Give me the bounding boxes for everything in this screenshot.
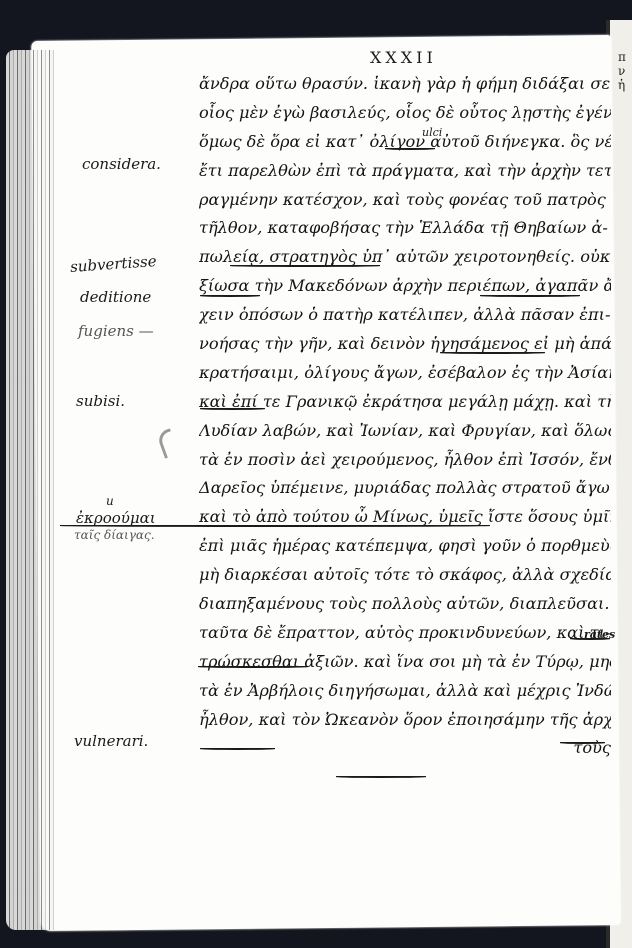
text-line: Δαρεῖος ὑπέμεινε, μυριάδας πολλὰς στρατο…	[199, 474, 611, 503]
text-line: διαπηξαμένους τοὺς πολλοὺς αὐτῶν, διαπλε…	[199, 590, 611, 619]
marginal-note: vulnerari.	[74, 732, 148, 750]
facing-fragment: π	[618, 50, 626, 64]
ink-underline	[336, 776, 426, 778]
text-line: τρώσκεσθαι ἀξιῶν. καὶ ἵνα σοι μὴ τὰ ἐν Τ…	[199, 648, 611, 677]
text-line: τὰ ἐν ποσὶν ἀεὶ χειρούμενος, ἦλθον ἐπὶ Ἰ…	[199, 446, 611, 475]
text-line: ταῦτα δὲ ἔπραττον, αὐτὸς προκινδυνεύων, …	[199, 619, 611, 648]
ink-underline	[480, 295, 580, 297]
text-line: ἄνδρα οὕτω θρασύν. ἱκανὴ γὰρ ἡ φήμη διδά…	[199, 70, 611, 99]
ink-underline	[198, 666, 308, 668]
marginal-note: subisi.	[76, 392, 125, 410]
text-line: καὶ ἐπί τε Γρανικῷ ἐκράτησα μεγάλῃ μάχῃ.…	[199, 388, 611, 417]
page-number-header: XXXII	[370, 48, 437, 67]
facing-page-text: π ν ἡ	[618, 50, 626, 92]
text-line: ἔτι παρελθὼν ἐπὶ τὰ πράγματα, καὶ τὴν ἀρ…	[199, 157, 611, 186]
ink-underline	[385, 148, 435, 150]
interlinear-note: ulci	[422, 126, 442, 139]
text-line: Λυδίαν λαβών, καὶ Ἰωνίαν, καὶ Φρυγίαν, κ…	[199, 417, 611, 446]
text-line: οἷος μὲν ἐγὼ βασιλεύς, οἷος δὲ οὗτος λῃσ…	[199, 99, 611, 128]
text-line: ραγμένην κατέσχον, καὶ τοὺς φονέας τοῦ π…	[199, 186, 611, 215]
ink-underline	[60, 525, 490, 527]
ink-underline	[440, 352, 545, 354]
greek-text-block: ἄνδρα οὕτω θρασύν. ἱκανὴ γὰρ ἡ φήμη διδά…	[199, 70, 611, 763]
facing-fragment: ἡ	[618, 78, 626, 92]
facing-fragment: ν	[618, 64, 626, 78]
text-line: μὴ διαρκέσαι αὐτοῖς τότε τὸ σκάφος, ἀλλὰ…	[199, 561, 611, 590]
scanned-book-spread: π ν ἡ XXXII ἄνδρα οὕτω θρασύν. ἱκανὴ γὰρ…	[0, 0, 632, 948]
ink-underline	[200, 408, 265, 410]
ink-underline	[200, 295, 260, 297]
marginal-note: deditione	[80, 288, 151, 306]
text-line: ἦλθον, καὶ τὸν Ὠκεανὸν ὅρον ἐποιησάμην τ…	[199, 706, 611, 735]
ink-underline	[230, 265, 380, 267]
marginal-note: fugiens —	[78, 322, 154, 340]
text-line: νοήσας τὴν γῆν, καὶ δεινὸν ἡγησάμενος εἰ…	[199, 330, 611, 359]
ink-underline	[570, 638, 610, 640]
text-line: ὅμως δὲ ὅρα εἰ κατ᾽ ὀλίγον αὐτοῦ διήνεγκ…	[199, 128, 611, 157]
text-line: χειν ὁπόσων ὁ πατὴρ κατέλιπεν, ἀλλὰ πᾶσα…	[199, 301, 611, 330]
page-stack-edges	[6, 50, 54, 930]
text-line: πωλείᾳ, στρατηγὸς ὑπ᾽ αὐτῶν χειροτονηθεί…	[199, 243, 611, 272]
text-line: καὶ τὸ ἀπὸ τούτου ὦ Μίνως, ὑμεῖς ἴστε ὅσ…	[199, 503, 611, 532]
ink-underline	[560, 742, 605, 744]
text-line: κρατήσαιμι, ὀλίγους ἄγων, ἐσέβαλον ἐς τὴ…	[199, 359, 611, 388]
marginal-note: considera.	[82, 155, 161, 173]
ink-underline	[200, 748, 275, 750]
text-line: ἐπὶ μιᾶς ἡμέρας κατέπεμψα, φησὶ γοῦν ὁ π…	[199, 532, 611, 561]
marginal-note: ταῖς δίαιγας.	[74, 528, 155, 542]
text-line: τῆλθον, καταφοβήσας τὴν Ἑλλάδα τῇ Θηβαίω…	[199, 214, 611, 243]
text-line: τὰ ἐν Ἀρβήλοις διηγήσωμαι, ἀλλὰ καὶ μέχρ…	[199, 677, 611, 706]
marginal-note: u	[106, 494, 114, 508]
